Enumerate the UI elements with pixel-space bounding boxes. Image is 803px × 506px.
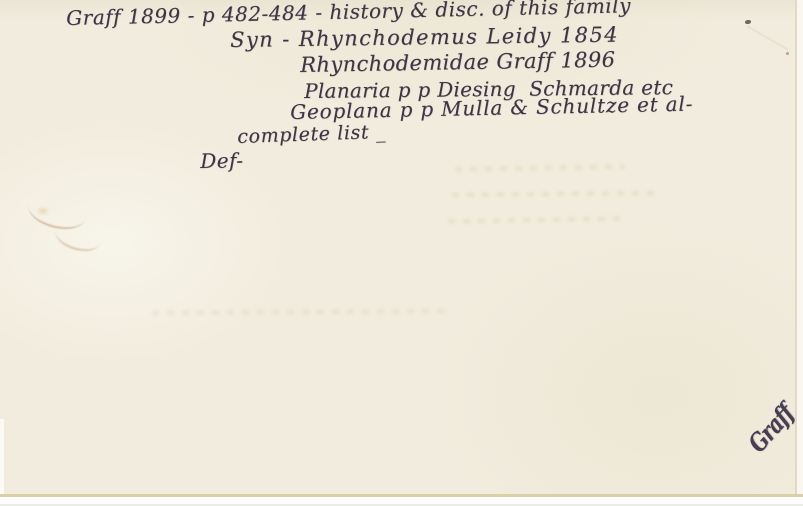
stain-blotch <box>36 206 50 216</box>
ink-bleedthrough-mark <box>152 309 447 315</box>
ink-bleedthrough-mark <box>452 191 657 197</box>
handwritten-line-def: Def- <box>200 149 244 173</box>
ink-bleedthrough-mark <box>455 165 625 172</box>
signature-scribble: Graff <box>742 399 800 458</box>
card-edge-left <box>0 419 4 497</box>
handwritten-line-synonym-2: Rhynchodemidae Graff 1896 <box>300 47 616 77</box>
ink-speck <box>745 20 751 24</box>
handwritten-line-complete-list: complete list _ <box>237 122 386 149</box>
ink-bleedthrough-mark <box>448 216 623 223</box>
ink-speck <box>786 52 789 55</box>
card-edge-bottom <box>0 494 803 506</box>
faint-scratch-mark <box>748 26 788 50</box>
index-card-scan: Graff 1899 - p 482-484 - history & disc.… <box>0 0 803 506</box>
card-edge-right <box>795 0 803 506</box>
